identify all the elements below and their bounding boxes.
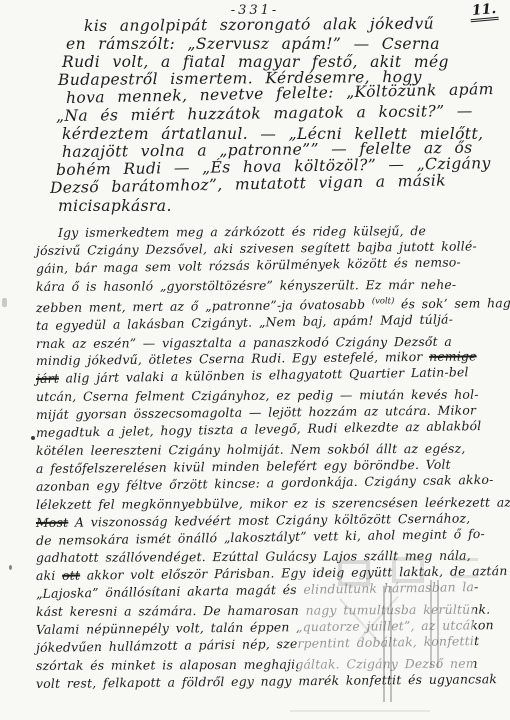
- scan-smudge: [290, 710, 430, 712]
- struck-text: ott: [62, 568, 80, 583]
- manuscript-text: kis angolpipát szorongató alak jókedvűen…: [0, 17, 510, 693]
- manuscript-line: kis angolpipát szorongató alak jókedvű: [84, 14, 510, 35]
- struck-text: nemige: [429, 349, 477, 364]
- text-segment: aki: [36, 568, 62, 583]
- text-segment: en rámszólt: „Szervusz apám!” — Cserna: [66, 35, 440, 53]
- struck-text: járt: [36, 371, 59, 386]
- manuscript-page: -331- 11. kis angolpipát szorongató alak…: [0, 0, 510, 720]
- manuscript-line: micisapkásra.: [58, 197, 510, 215]
- ink-speck: [9, 565, 12, 570]
- inserted-text: (volt): [372, 295, 395, 305]
- section-opening: kis angolpipát szorongató alak jókedvűen…: [0, 17, 510, 215]
- ink-speck: [31, 436, 35, 440]
- scan-smudge: [2, 298, 7, 307]
- text-segment: micisapkásra.: [58, 197, 172, 215]
- text-segment: és sok’ sem hagy-: [394, 295, 510, 311]
- text-segment: kára ő is hasonló „gyorstöltözésre” kény…: [36, 277, 456, 294]
- text-segment: Igy ismerkedtem meg a zárkózott és rideg…: [58, 223, 426, 240]
- manuscript-line: en rámszólt: „Szervusz apám!” — Cserna: [66, 35, 510, 53]
- section-body: Igy ismerkedtem meg a zárkózott és rideg…: [0, 224, 510, 693]
- text-segment: volt rest, felkapott a földről egy nagy …: [36, 671, 497, 691]
- text-segment: „Na és miért huzzátok magatok a kocsit?”…: [56, 102, 473, 125]
- struck-text: Most: [36, 514, 68, 529]
- text-segment: kis angolpipát szorongató alak jókedvű: [84, 15, 434, 35]
- text-segment: alig járt valaki a különben is elhagyato…: [59, 365, 469, 386]
